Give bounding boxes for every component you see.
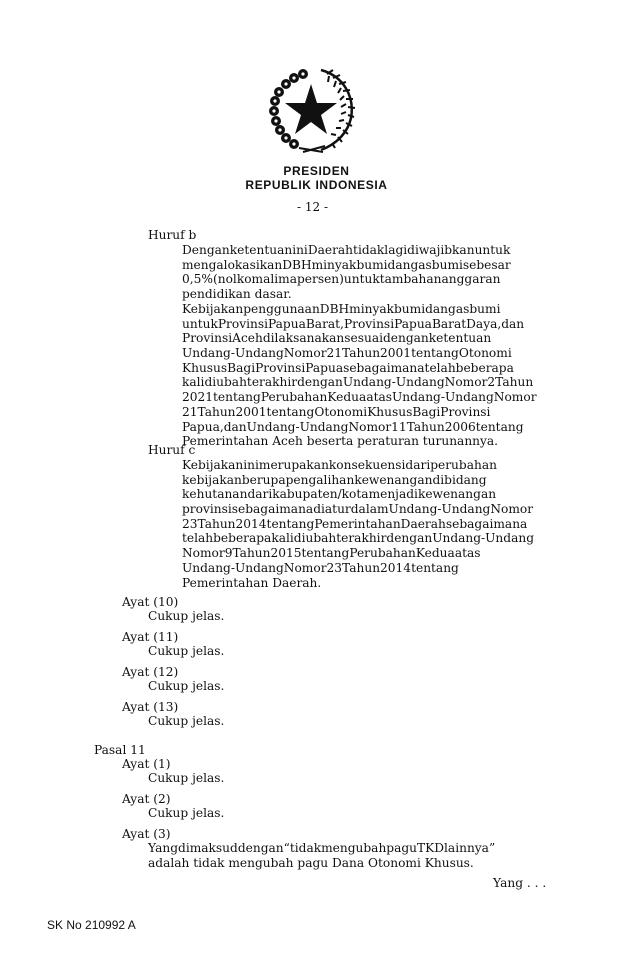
ayat-11-text: Cukup jelas.: [148, 644, 224, 659]
text-line: ProvinsiAcehdilaksanakansesuaidengankete…: [182, 331, 550, 346]
pasal-11-ayat-1-label: Ayat (1): [122, 757, 171, 772]
huruf-b-label: Huruf b: [148, 228, 196, 243]
text-line: kebijakanberupapengalihankewenangandibid…: [182, 473, 550, 488]
text-line: 23Tahun2014tentangPemerintahanDaerahseba…: [182, 517, 550, 532]
text-line: provinsisebagaimanadiaturdalamUndang-Und…: [182, 502, 550, 517]
text-line: adalah tidak mengubah pagu Dana Otonomi …: [148, 856, 550, 871]
pasal-11-ayat-3-label: Ayat (3): [122, 827, 171, 842]
text-line: telahbeberapakalidiubahterakhirdenganUnd…: [182, 531, 550, 546]
ayat-12-text: Cukup jelas.: [148, 679, 224, 694]
huruf-b-paragraph-2: KebijakanpenggunaanDBHminyakbumidangasbu…: [182, 302, 550, 449]
pasal-11-ayat-1-text: Cukup jelas.: [148, 771, 224, 786]
text-line: 0,5%(nolkomalimapersen)untuktambahanangg…: [182, 272, 550, 287]
text-line: Nomor9Tahun2015tentangPerubahanKeduaatas: [182, 546, 550, 561]
text-line: kehutanandarikabupaten/kotamenjadikewena…: [182, 487, 550, 502]
text-line: Papua,danUndang-UndangNomor11Tahun2006te…: [182, 420, 550, 435]
text-line: Kebijakaninimerupakankonsekuensidariperu…: [182, 458, 550, 473]
huruf-c-paragraph: Kebijakaninimerupakankonsekuensidariperu…: [182, 458, 550, 590]
header-title: PRESIDEN: [4, 164, 625, 178]
footer-document-number: SK No 210992 A: [47, 918, 136, 932]
huruf-c-label: Huruf c: [148, 443, 195, 458]
text-line: Yangdimaksuddengan“tidakmengubahpaguTKDl…: [148, 841, 550, 856]
pasal-11-heading: Pasal 11: [94, 743, 146, 758]
text-line: 2021tentangPerubahanKeduaatasUndang-Unda…: [182, 390, 550, 405]
text-line: KebijakanpenggunaanDBHminyakbumidangasbu…: [182, 302, 550, 317]
text-line: Undang-UndangNomor21Tahun2001tentangOton…: [182, 346, 550, 361]
text-line: 21Tahun2001tentangOtonomiKhususBagiProvi…: [182, 405, 550, 420]
pasal-11-ayat-3-text: Yangdimaksuddengan“tidakmengubahpaguTKDl…: [148, 841, 550, 870]
continuation-marker: Yang . . .: [493, 876, 546, 891]
text-line: Pemerintahan Aceh beserta peraturan turu…: [182, 434, 550, 449]
ayat-12-label: Ayat (12): [122, 665, 178, 680]
presidential-seal-icon: [263, 66, 359, 154]
text-line: untukProvinsiPapuaBarat,ProvinsiPapuaBar…: [182, 317, 550, 332]
ayat-10-label: Ayat (10): [122, 595, 178, 610]
ayat-13-text: Cukup jelas.: [148, 714, 224, 729]
page-number: - 12 -: [0, 200, 625, 214]
text-line: DenganketentuaniniDaerahtidaklagidiwajib…: [182, 243, 550, 258]
huruf-b-paragraph-1: DenganketentuaniniDaerahtidaklagidiwajib…: [182, 243, 550, 302]
pasal-11-ayat-2-text: Cukup jelas.: [148, 806, 224, 821]
ayat-10-text: Cukup jelas.: [148, 609, 224, 624]
text-line: pendidikan dasar.: [182, 287, 550, 302]
ayat-13-label: Ayat (13): [122, 700, 178, 715]
header-subtitle: REPUBLIK INDONESIA: [4, 178, 625, 192]
pasal-11-ayat-2-label: Ayat (2): [122, 792, 171, 807]
text-line: Undang-UndangNomor23Tahun2014tentang: [182, 561, 550, 576]
text-line: kalidiubahterakhirdenganUndang-UndangNom…: [182, 375, 550, 390]
ayat-11-label: Ayat (11): [122, 630, 178, 645]
text-line: Pemerintahan Daerah.: [182, 576, 550, 591]
text-line: KhususBagiProvinsiPapuasebagaimanatelahb…: [182, 361, 550, 376]
text-line: mengalokasikanDBHminyakbumidangasbumiseb…: [182, 258, 550, 273]
